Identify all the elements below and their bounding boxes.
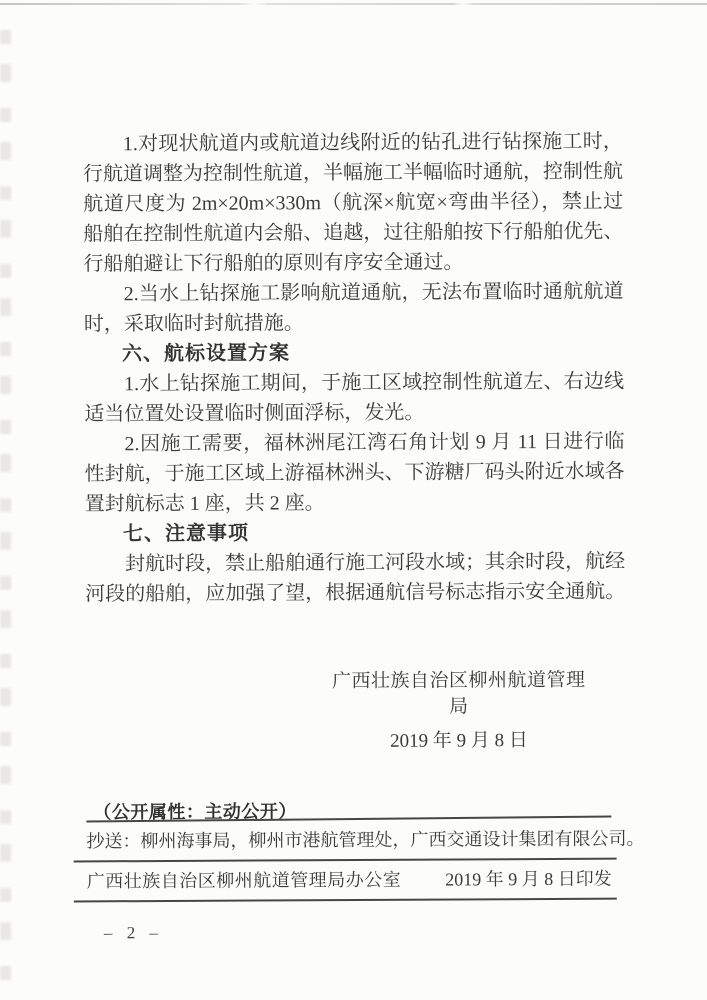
paragraph-line: 适当位置处设置临时侧面浮标，发光。 <box>84 397 624 430</box>
page-number: – 2 – <box>104 923 163 943</box>
paragraph-line: 封航时段，禁止船舶通行施工河段水域；其余时段，航经该 <box>85 547 625 580</box>
paragraph-line: 2.当水上钻探施工影响航道通航，无法布置临时通航航道 <box>84 277 624 310</box>
paragraph-line: 1.对现状航道内或航道边线附近的钻孔进行钻探施工时，现 <box>83 127 623 160</box>
paragraph-line: 行船舶避让下行船舶的原则有序安全通过。 <box>83 247 623 280</box>
issuer-office-name: 广西壮族自治区柳州航道管理局办公室 <box>87 868 402 894</box>
signature-organization: 广西壮族自治区柳州航道管理局 <box>323 668 595 721</box>
paragraph-line: 河段的船舶，应加强了望，根据通航信号标志指示安全通航。 <box>85 577 625 610</box>
paragraph-line: 2.因施工需要，福林洲尾江湾石角计划 9 月 11 日进行临时 <box>84 427 624 460</box>
section-heading-six: 六、航标设置方案 <box>84 337 624 370</box>
section-heading-seven: 七、注意事项 <box>85 517 625 550</box>
document-body: 1.对现状航道内或航道边线附近的钻孔进行钻探施工时，现 行航道调整为控制性航道，… <box>83 127 626 610</box>
print-issue-date: 2019 年 9 月 8 日印发 <box>445 867 612 892</box>
paragraph-line: 时，采取临时封航措施。 <box>84 307 624 340</box>
cc-line: 抄送：柳州海事局，柳州市港航管理处，广西交通设计集团有限公司。 <box>86 827 616 854</box>
scanned-document-page: 1.对现状航道内或航道边线附近的钻孔进行钻探施工时，现 行航道调整为控制性航道，… <box>0 0 707 1000</box>
paragraph-line: 性封航，于施工区域上游福林洲头、下游糖厂码头附近水域各设 <box>85 457 625 490</box>
signature-block: 广西壮族自治区柳州航道管理局 2019 年 9 月 8 日 <box>323 668 595 755</box>
paragraph-line: 航道尺度为 2m×20m×330m（航深×航宽×弯曲半径），禁止过往 <box>83 187 623 220</box>
paragraph-line: 船舶在控制性航道内会船、追越，过往船舶按下行船舶优先、上 <box>83 217 623 250</box>
footer-rule-2 <box>74 858 617 863</box>
paragraph-line: 1.水上钻探施工期间，于施工区域控制性航道左、右边线上 <box>84 367 624 400</box>
paragraph-line: 置封航标志 1 座，共 2 座。 <box>85 487 625 520</box>
issuer-row: 广西壮族自治区柳州航道管理局办公室 2019 年 9 月 8 日印发 <box>87 867 612 894</box>
paragraph-line: 行航道调整为控制性航道，半幅施工半幅临时通航，控制性航道 <box>83 157 623 190</box>
footer-rule-3 <box>74 898 617 903</box>
document-content: 1.对现状航道内或航道边线附近的钻孔进行钻探施工时，现 行航道调整为控制性航道，… <box>0 0 707 1000</box>
signature-date: 2019 年 9 月 8 日 <box>323 728 595 755</box>
